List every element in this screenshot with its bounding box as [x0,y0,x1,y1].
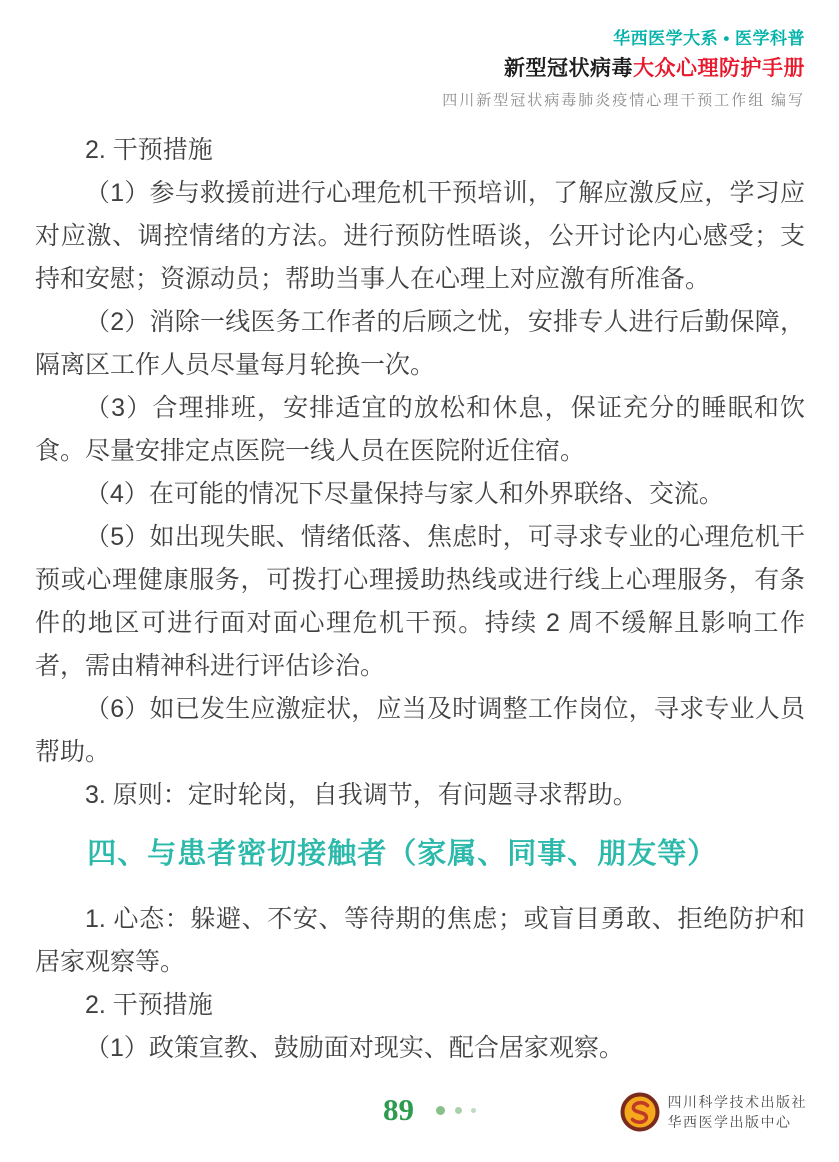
paragraph: （1）参与救援前进行心理危机干预培训，了解应激反应，学习应对应激、调控情绪的方法… [35,172,805,301]
dot-icon [436,1106,445,1115]
page-number: 89 [383,1092,414,1128]
book-title-red: 大众心理防护手册 [633,57,805,80]
book-title: 新型冠状病毒大众心理防护手册 [442,52,805,82]
paragraph: （6）如已发生应激症状，应当及时调整工作岗位，寻求专业人员帮助。 [35,688,805,774]
paragraph: 3. 原则：定时轮岗，自我调节，有问题寻求帮助。 [35,774,805,817]
paragraph: （1）政策宣教、鼓励面对现实、配合居家观察。 [35,1027,805,1070]
publisher-name: 四川科学技术出版社 华西医学出版中心 [668,1092,808,1132]
paragraph: （4）在可能的情况下尽量保持与家人和外界联络、交流。 [35,473,805,516]
section-heading: 四、与患者密切接触者（家属、同事、朋友等） [35,834,805,874]
publisher-line1: 四川科学技术出版社 [668,1094,808,1110]
paragraph: 2. 干预措施 [35,984,805,1027]
page-number-dots-icon [436,1106,476,1115]
page-content: 2. 干预措施 （1）参与救援前进行心理危机干预培训，了解应激反应，学习应对应激… [35,129,805,1070]
page-number-block: 89 [383,1092,476,1128]
publisher-block: 四川科学技术出版社 华西医学出版中心 [620,1092,808,1132]
paragraph: （3）合理排班，安排适宜的放松和休息，保证充分的睡眠和饮食。尽量安排定点医院一线… [35,387,805,473]
paragraph: 1. 心态：躲避、不安、等待期的焦虑；或盲目勇敢、拒绝防护和居家观察等。 [35,898,805,984]
book-page: { "header": { "series_line": "华西医学大系 • 医… [0,0,839,1162]
publisher-logo-icon [620,1092,660,1132]
paragraph: 2. 干预措施 [35,129,805,172]
dot-icon [471,1108,476,1113]
paragraph: （2）消除一线医务工作者的后顾之忧，安排专人进行后勤保障，隔离区工作人员尽量每月… [35,301,805,387]
publisher-line2: 华西医学出版中心 [668,1114,792,1130]
series-title: 华西医学大系 • 医学科普 [442,24,805,49]
paragraph: （5）如出现失眠、情绪低落、焦虑时，可寻求专业的心理危机干预或心理健康服务，可拨… [35,516,805,688]
editor-credit: 四川新型冠状病毒肺炎疫情心理干预工作组 编写 [442,89,805,110]
book-title-black: 新型冠状病毒 [504,57,633,80]
dot-icon [455,1107,462,1114]
page-header: 华西医学大系 • 医学科普 新型冠状病毒大众心理防护手册 四川新型冠状病毒肺炎疫… [442,24,805,110]
